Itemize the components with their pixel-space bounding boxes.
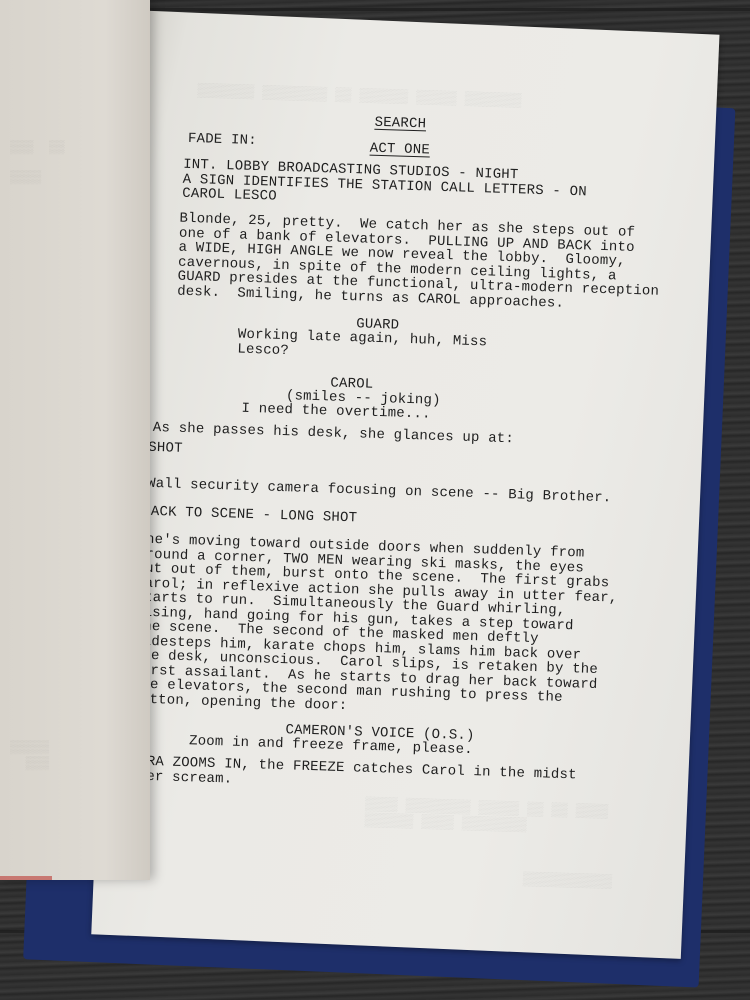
act-heading: ACT ONE — [370, 142, 431, 158]
script-page: ▒▒▒▒▒▒▒ ▒▒▒▒▒▒▒▒ ▒▒ ▒▒▒▒▒▒ ▒▒▒▒▒ ▒▒▒▒▒▒▒… — [91, 10, 719, 959]
dialogue: I need the overtime... — [241, 402, 431, 422]
action-block: She's moving toward outside doors when s… — [132, 532, 619, 721]
bleed-through-texture: ▒▒▒ — [10, 756, 49, 771]
scene-heading: SHOT — [148, 441, 183, 457]
scene-heading: BACK TO SCENE - LONG SHOT — [142, 505, 357, 526]
bleed-through-texture: ▒▒▒▒▒▒▒ ▒▒▒▒▒▒▒▒ ▒▒ ▒▒▒▒▒▒ ▒▒▒▒▒ ▒▒▒▒▒▒▒ — [197, 84, 521, 109]
bleed-through-texture: ▒▒▒▒ — [10, 170, 41, 185]
script-title: SEARCH — [374, 116, 426, 132]
transition-fade-in: FADE IN: — [188, 132, 257, 149]
left-page: ▒▒▒ ▒▒ ▒▒▒▒ ▒▒▒▒▒ ▒▒▒ — [0, 0, 150, 880]
bleed-through-texture: ▒▒▒▒▒▒▒▒▒▒▒ — [523, 873, 613, 891]
action-line: As she passes his desk, she glances up a… — [153, 421, 515, 447]
bleed-through-texture: ▒▒▒ ▒▒ — [10, 140, 65, 155]
action-block: Blonde, 25, pretty. We catch her as she … — [177, 212, 661, 314]
scene-heading: INT. LOBBY BROADCASTING STUDIOS - NIGHT … — [182, 158, 587, 214]
bleed-through-texture: ▒▒▒▒▒ — [10, 740, 49, 755]
page-edge-mark — [0, 876, 52, 880]
action-line: Wall security camera focusing on scene -… — [147, 477, 612, 506]
dialogue: Working late again, huh, Miss Lesco? — [237, 328, 487, 365]
action-block: CAMERA ZOOMS IN, the FREEZE catches Caro… — [112, 754, 577, 798]
